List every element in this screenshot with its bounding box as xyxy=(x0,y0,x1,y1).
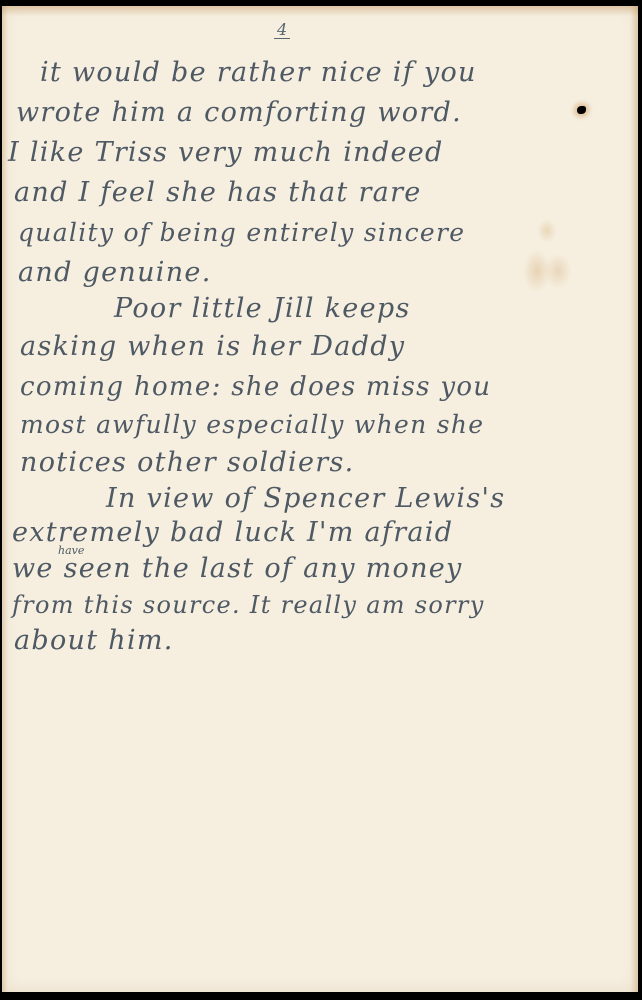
letter-line: we seen the last of any money xyxy=(12,554,463,584)
letter-text: asking when is her Daddy xyxy=(20,331,405,362)
letter-line: notices other soldiers. xyxy=(20,448,355,478)
letter-line: it would be rather nice if you xyxy=(40,58,477,88)
letter-line: about him. xyxy=(14,626,174,656)
page-number: 4 xyxy=(274,22,290,39)
letter-line: from this source. It really am sorry xyxy=(12,590,485,620)
letter-page: 4 it would be rather nice if you wrote h… xyxy=(2,6,638,992)
letter-line: asking when is her Daddy xyxy=(20,332,405,362)
paper-hole xyxy=(577,106,586,114)
letter-line: I like Triss very much indeed xyxy=(8,138,444,168)
letter-line: and genuine. xyxy=(18,258,212,288)
letter-line: Poor little Jill keeps xyxy=(114,294,411,324)
letter-line: wrote him a comforting word. xyxy=(16,98,462,128)
letter-line: and I feel she has that rare xyxy=(14,178,422,208)
letter-line: quality of being entirely sincere xyxy=(18,218,465,248)
letter-line: most awfully especially when she xyxy=(20,410,484,440)
letter-line: In view of Spencer Lewis's xyxy=(106,484,505,514)
letter-line: coming home: she does miss you xyxy=(20,372,491,402)
